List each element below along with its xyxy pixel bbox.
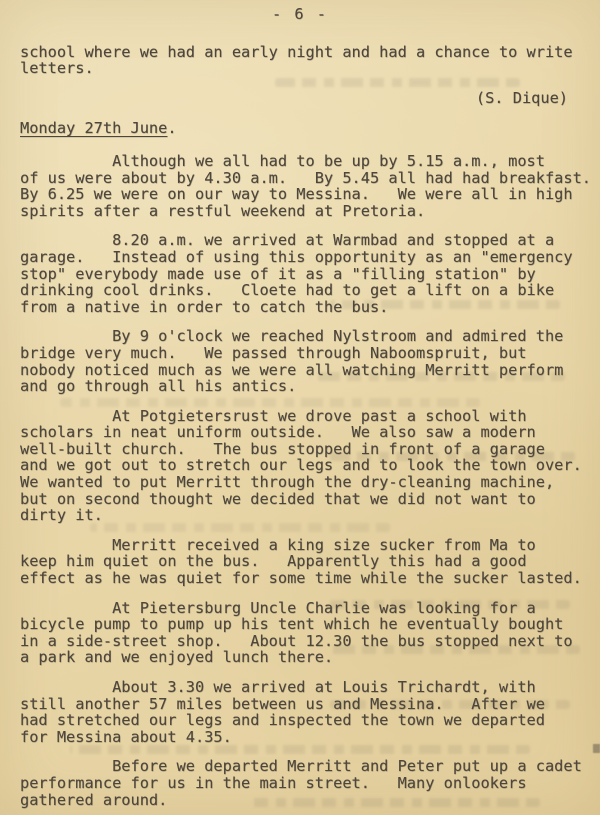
text-line: By 6.25 we were on our way to Messina. W… [20,186,600,203]
date-heading: Monday 27th June. [20,120,600,137]
text-line: nobody noticed much as we were all watch… [20,362,600,379]
text-line: At Potgietersrust we drove past a school… [20,408,600,425]
paragraph: Before we departed Merritt and Peter put… [20,758,600,808]
text-line: from a native in order to catch the bus. [20,299,600,316]
text-line: Merritt received a king size sucker from… [20,537,600,554]
text-line: performance for us in the main street. M… [20,775,600,792]
text-line: scholars in neat uniform outside. We als… [20,424,600,441]
text-line: in a side-street shop. About 12.30 the b… [20,633,600,650]
paragraph: By 9 o'clock we reached Nylstroom and ad… [20,328,600,394]
text-line: We wanted to put Merritt through the dry… [20,474,600,491]
text-line: By 9 o'clock we reached Nylstroom and ad… [20,328,600,345]
text-line: had stretched our legs and inspected the… [20,712,600,729]
date-heading-text: Monday 27th June [20,119,167,137]
page-number: - 6 - [20,6,580,23]
paragraph: At Pietersburg Uncle Charlie was looking… [20,600,600,666]
paragraph-intro: school where we had an early night and h… [20,44,600,77]
text-line: At Pietersburg Uncle Charlie was looking… [20,600,600,617]
paragraph: Although we all had to be up by 5.15 a.m… [20,153,600,219]
text-line: and we got out to stretch our legs and t… [20,457,600,474]
text-line: school where we had an early night and h… [20,44,600,61]
text-line: spirits after a restful weekend at Preto… [20,203,600,220]
text-line: for Messina about 4.35. [20,729,600,746]
text-line: and go through all his antics. [20,378,600,395]
paragraph: Merritt received a king size sucker from… [20,537,600,587]
text-line: bicycle pump to pump up his tent which h… [20,616,600,633]
scanned-page: - 6 - school where we had an early night… [0,0,600,815]
text-line: gathered around. [20,792,600,809]
paragraph: 8.20 a.m. we arrived at Warmbad and stop… [20,232,600,315]
text-line: but on second thought we decided that we… [20,491,600,508]
text-line: a park and we enjoyed lunch there. [20,649,600,666]
text-line: effect as he was quiet for some time whi… [20,570,600,587]
text-line: letters. [20,60,600,77]
paragraph: About 3.30 we arrived at Louis Trichardt… [20,679,600,745]
text-line: 8.20 a.m. we arrived at Warmbad and stop… [20,232,600,249]
text-line: well-built church. The bus stopped in fr… [20,441,600,458]
text-line: Although we all had to be up by 5.15 a.m… [20,153,600,170]
page-content: - 6 - school where we had an early night… [20,6,600,815]
attribution: (S. Dique) [20,90,568,107]
text-line: still another 57 miles between us and Me… [20,696,600,713]
text-line: Before we departed Merritt and Peter put… [20,758,600,775]
text-line: About 3.30 we arrived at Louis Trichardt… [20,679,600,696]
text-line: keep him quiet on the bus. Apparently th… [20,553,600,570]
paragraph: At Potgietersrust we drove past a school… [20,408,600,524]
date-heading-period: . [167,119,176,137]
text-line: drinking cool drinks. Cloete had to get … [20,282,600,299]
text-line: of us were about by 4.30 a.m. By 5.45 al… [20,170,600,187]
text-line: dirty it. [20,507,600,524]
text-line: garage. Instead of using this opportunit… [20,249,600,266]
text-line: stop" everybody made use of it as a "fil… [20,266,600,283]
text-line: bridge very much. We passed through Nabo… [20,345,600,362]
